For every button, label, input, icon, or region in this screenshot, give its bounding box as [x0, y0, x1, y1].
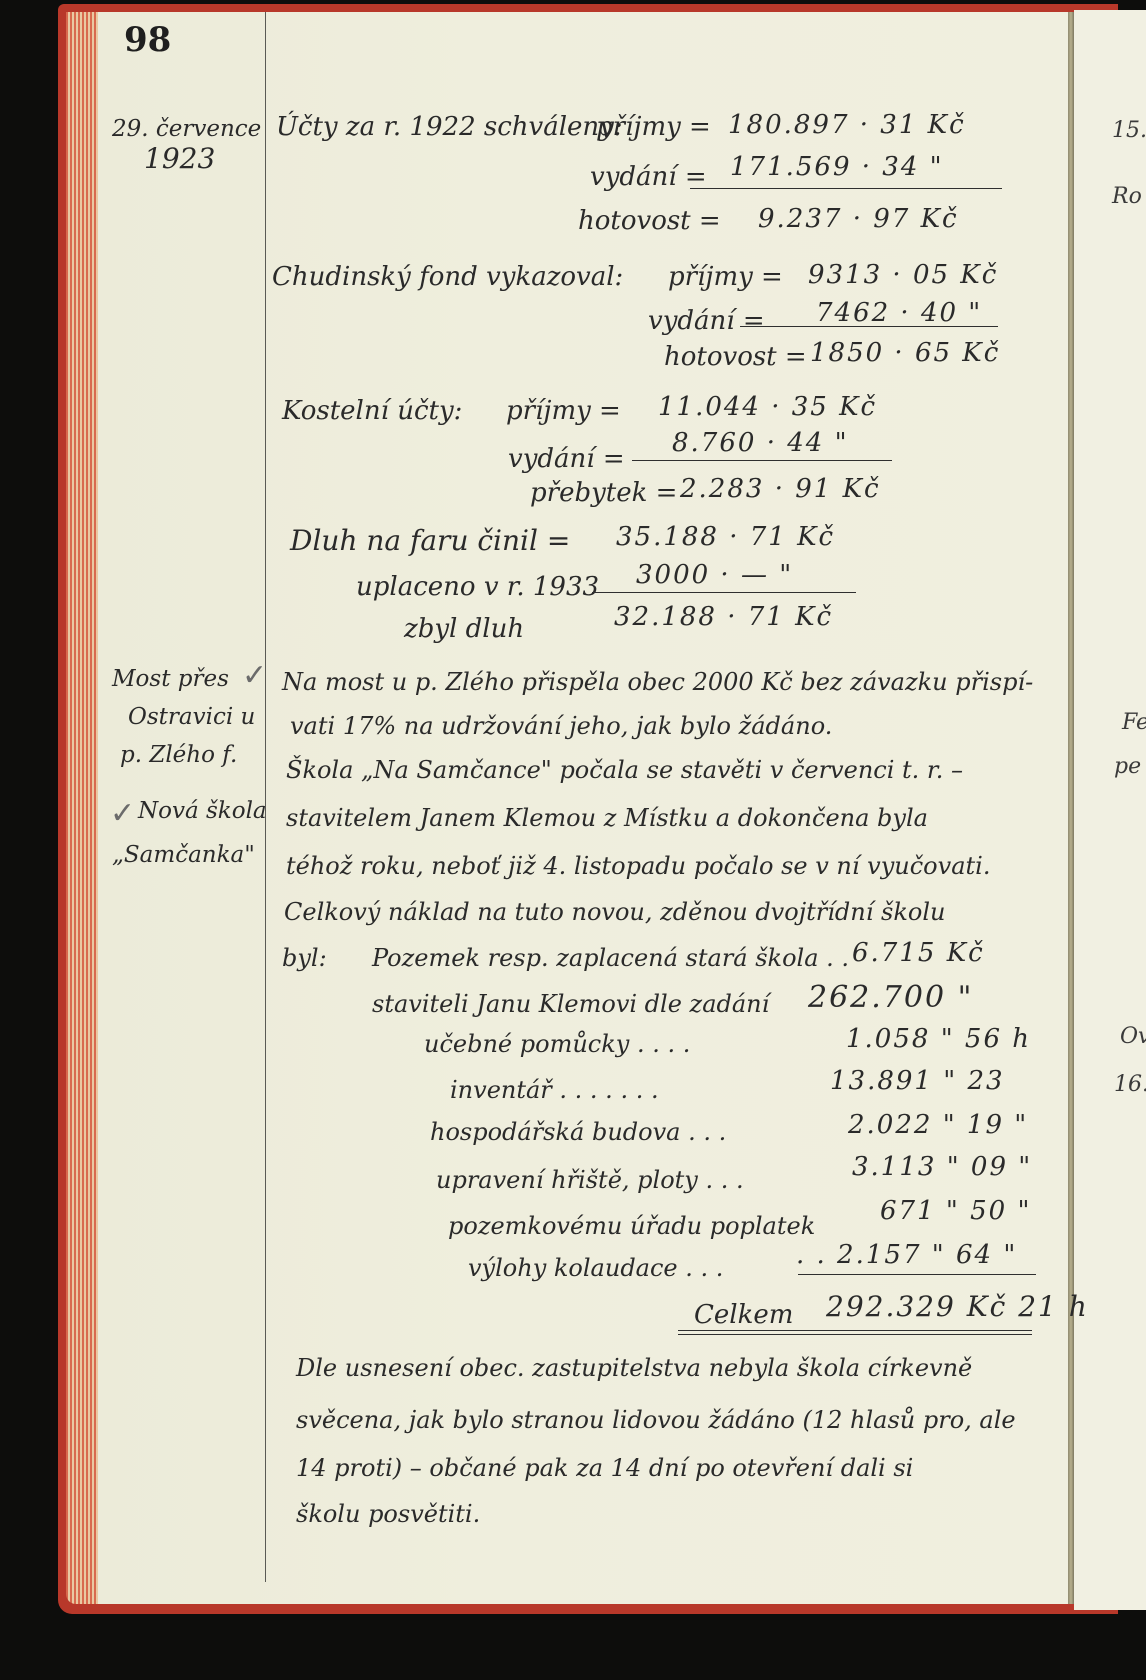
margin-line: [265, 12, 266, 1582]
body-line: téhož roku, neboť již 4. listopadu počal…: [286, 852, 990, 880]
church-income-label: příjmy =: [506, 396, 621, 426]
next-page-fragment: Fe: [1122, 710, 1146, 735]
closing-line: svěcena, jak bylo stranou lidovou žádáno…: [296, 1406, 1016, 1434]
date-day-month: 29. července: [112, 116, 261, 142]
cost-item-value: 671 " 50 ": [880, 1196, 1031, 1226]
cost-item-value: 2.022 " 19 ": [848, 1110, 1028, 1140]
cost-item-value: 262.700 ": [808, 980, 973, 1015]
poor-fund-balance-label: hotovost =: [664, 342, 807, 372]
total-value: 292.329 Kč 21 h: [826, 1290, 1089, 1323]
next-page-fragment: pe: [1114, 754, 1141, 779]
cost-item-label: učebné pomůcky . . . .: [424, 1030, 690, 1058]
body-line: Na most u p. Zlého přispěla obec 2000 Kč…: [282, 668, 1033, 696]
date-year: 1923: [144, 142, 215, 175]
accounts-income-value: 180.897 · 31 Kč: [728, 110, 966, 140]
cost-item-label: upravení hřiště, ploty . . .: [436, 1166, 744, 1194]
page-number: 98: [124, 20, 171, 60]
poor-fund-income-label: příjmy =: [668, 262, 783, 292]
debt-remaining-label: zbyl dluh: [404, 614, 524, 644]
check-mark-icon: ✓: [110, 796, 135, 831]
cost-item-label: Pozemek resp. zaplacená stará škola . .: [372, 944, 849, 972]
church-expense-label: vydání =: [508, 444, 625, 474]
debt-intro: Dluh na faru činil =: [290, 524, 570, 557]
accounts-rule: [690, 188, 1002, 189]
church-surplus-value: 2.283 · 91 Kč: [680, 474, 881, 504]
poor-fund-rule: [740, 326, 998, 327]
check-mark-icon: ✓: [242, 658, 267, 693]
debt-paid-label: uplaceno v r. 1933: [356, 572, 599, 602]
church-expense-value: 8.760 · 44 ": [672, 428, 849, 458]
cost-item-label: hospodářská budova . . .: [430, 1118, 726, 1146]
closing-line: 14 proti) – občané pak za 14 dní po otev…: [296, 1454, 913, 1482]
body-line: Celkový náklad na tuto novou, zděnou dvo…: [284, 898, 946, 926]
accounts-balance-label: hotovost =: [578, 206, 721, 236]
cost-intro: byl:: [282, 944, 327, 972]
cost-item-label: výlohy kolaudace . . .: [468, 1254, 723, 1282]
debt-value: 35.188 · 71 Kč: [616, 522, 835, 552]
next-page-fragment: 16.: [1114, 1072, 1146, 1097]
church-income-value: 11.044 · 35 Kč: [658, 392, 877, 422]
poor-fund-expense-label: vydání =: [648, 306, 765, 336]
next-page: [1074, 10, 1146, 1610]
side-note-bridge-3: p. Zlého f.: [120, 742, 237, 768]
poor-fund-balance-value: 1850 · 65 Kč: [810, 338, 1000, 368]
body-line: vati 17% na udržování jeho, jak bylo žád…: [290, 712, 832, 740]
accounts-income-label: příjmy =: [596, 112, 711, 142]
poor-fund-expense-value: 7462 · 40 ": [816, 298, 982, 328]
accounts-balance-value: 9.237 · 97 Kč: [758, 204, 959, 234]
side-note-school-1: Nová škola: [138, 798, 267, 824]
cost-item-value: 3.113 " 09 ": [852, 1152, 1032, 1182]
closing-line: Dle usnesení obec. zastupitelstva nebyla…: [296, 1354, 972, 1382]
cost-item-value: 1.058 " 56 h: [846, 1024, 1031, 1054]
debt-remaining-value: 32.188 · 71 Kč: [614, 602, 833, 632]
accounts-expense-value: 171.569 · 34 ": [730, 152, 944, 182]
accounts-intro: Účty za r. 1922 schváleny:: [276, 112, 623, 142]
poor-fund-intro: Chudinský fond vykazoval:: [272, 262, 623, 292]
cost-item-label: inventář . . . . . . .: [450, 1076, 659, 1104]
debt-rule: [592, 592, 856, 593]
cost-item-label: staviteli Janu Klemovi dle zadání: [372, 990, 769, 1018]
cost-item-label: pozemkovému úřadu poplatek: [448, 1212, 815, 1240]
total-rule-1: [678, 1330, 1032, 1331]
total-rule-2: [678, 1334, 1032, 1335]
next-page-fragment: Ro: [1112, 184, 1142, 209]
next-page-fragment: 15.: [1112, 118, 1146, 143]
church-surplus-label: přebytek =: [530, 478, 677, 508]
debt-paid-value: 3000 · — ": [636, 560, 793, 590]
next-page-fragment: Ov: [1120, 1024, 1146, 1049]
cost-item-value: . . 2.157 " 64 ": [796, 1240, 1017, 1270]
cost-item-value: 6.715 Kč: [852, 938, 985, 968]
side-note-bridge-2: Ostravici u: [128, 704, 255, 730]
body-line: Škola „Na Samčance" počala se stavěti v …: [286, 756, 963, 784]
side-note-school-2: „Samčanka": [112, 842, 255, 868]
cost-item-value: 13.891 " 23: [830, 1066, 1005, 1096]
cost-rule: [798, 1274, 1036, 1275]
poor-fund-income-value: 9313 · 05 Kč: [808, 260, 998, 290]
total-label: Celkem: [694, 1300, 793, 1330]
closing-line: školu posvětiti.: [296, 1500, 480, 1528]
side-note-bridge-1: Most přes: [112, 666, 229, 692]
church-rule: [632, 460, 892, 461]
body-line: stavitelem Janem Klemou z Místku a dokon…: [286, 804, 928, 832]
church-intro: Kostelní účty:: [282, 396, 462, 426]
